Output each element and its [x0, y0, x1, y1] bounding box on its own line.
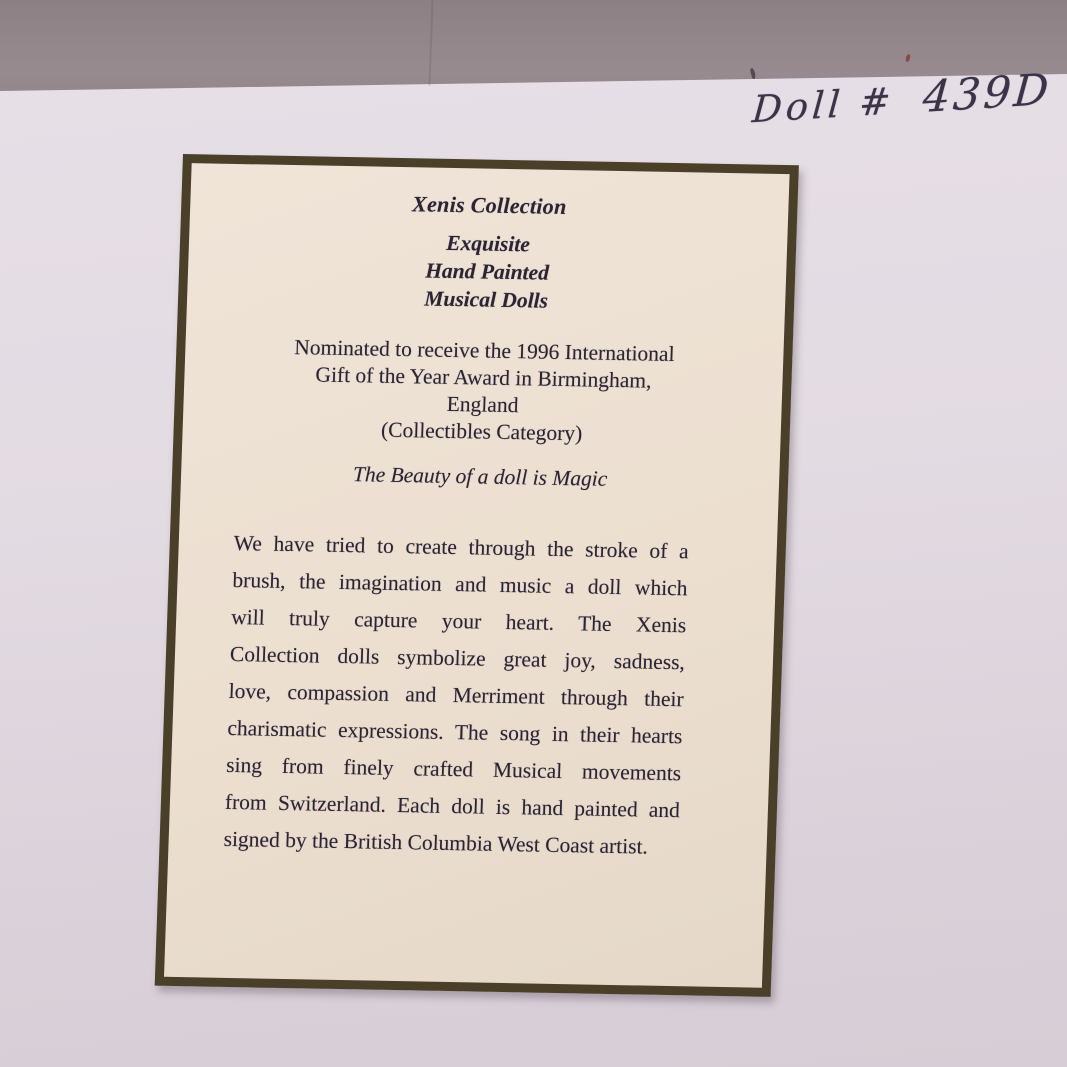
- card-subtitle: Exquisite Hand Painted Musical Dolls: [187, 224, 788, 319]
- card-title: Xenis Collection: [190, 185, 789, 226]
- body-line: signed by the British Columbia West Coas…: [223, 821, 679, 866]
- photograph: Doll # 439D Xenis Collection Exquisite H…: [0, 0, 1067, 1067]
- award-text: Nominated to receive the 1996 Internatio…: [182, 332, 784, 451]
- xenis-collection-card: Xenis Collection Exquisite Hand Painted …: [155, 154, 799, 997]
- body-paragraph: We have tried to create through the stro…: [168, 524, 777, 868]
- handwritten-number: 439D: [921, 65, 1053, 123]
- tagline: The Beauty of a doll is Magic: [181, 459, 780, 495]
- handwritten-label: Doll #: [751, 79, 897, 131]
